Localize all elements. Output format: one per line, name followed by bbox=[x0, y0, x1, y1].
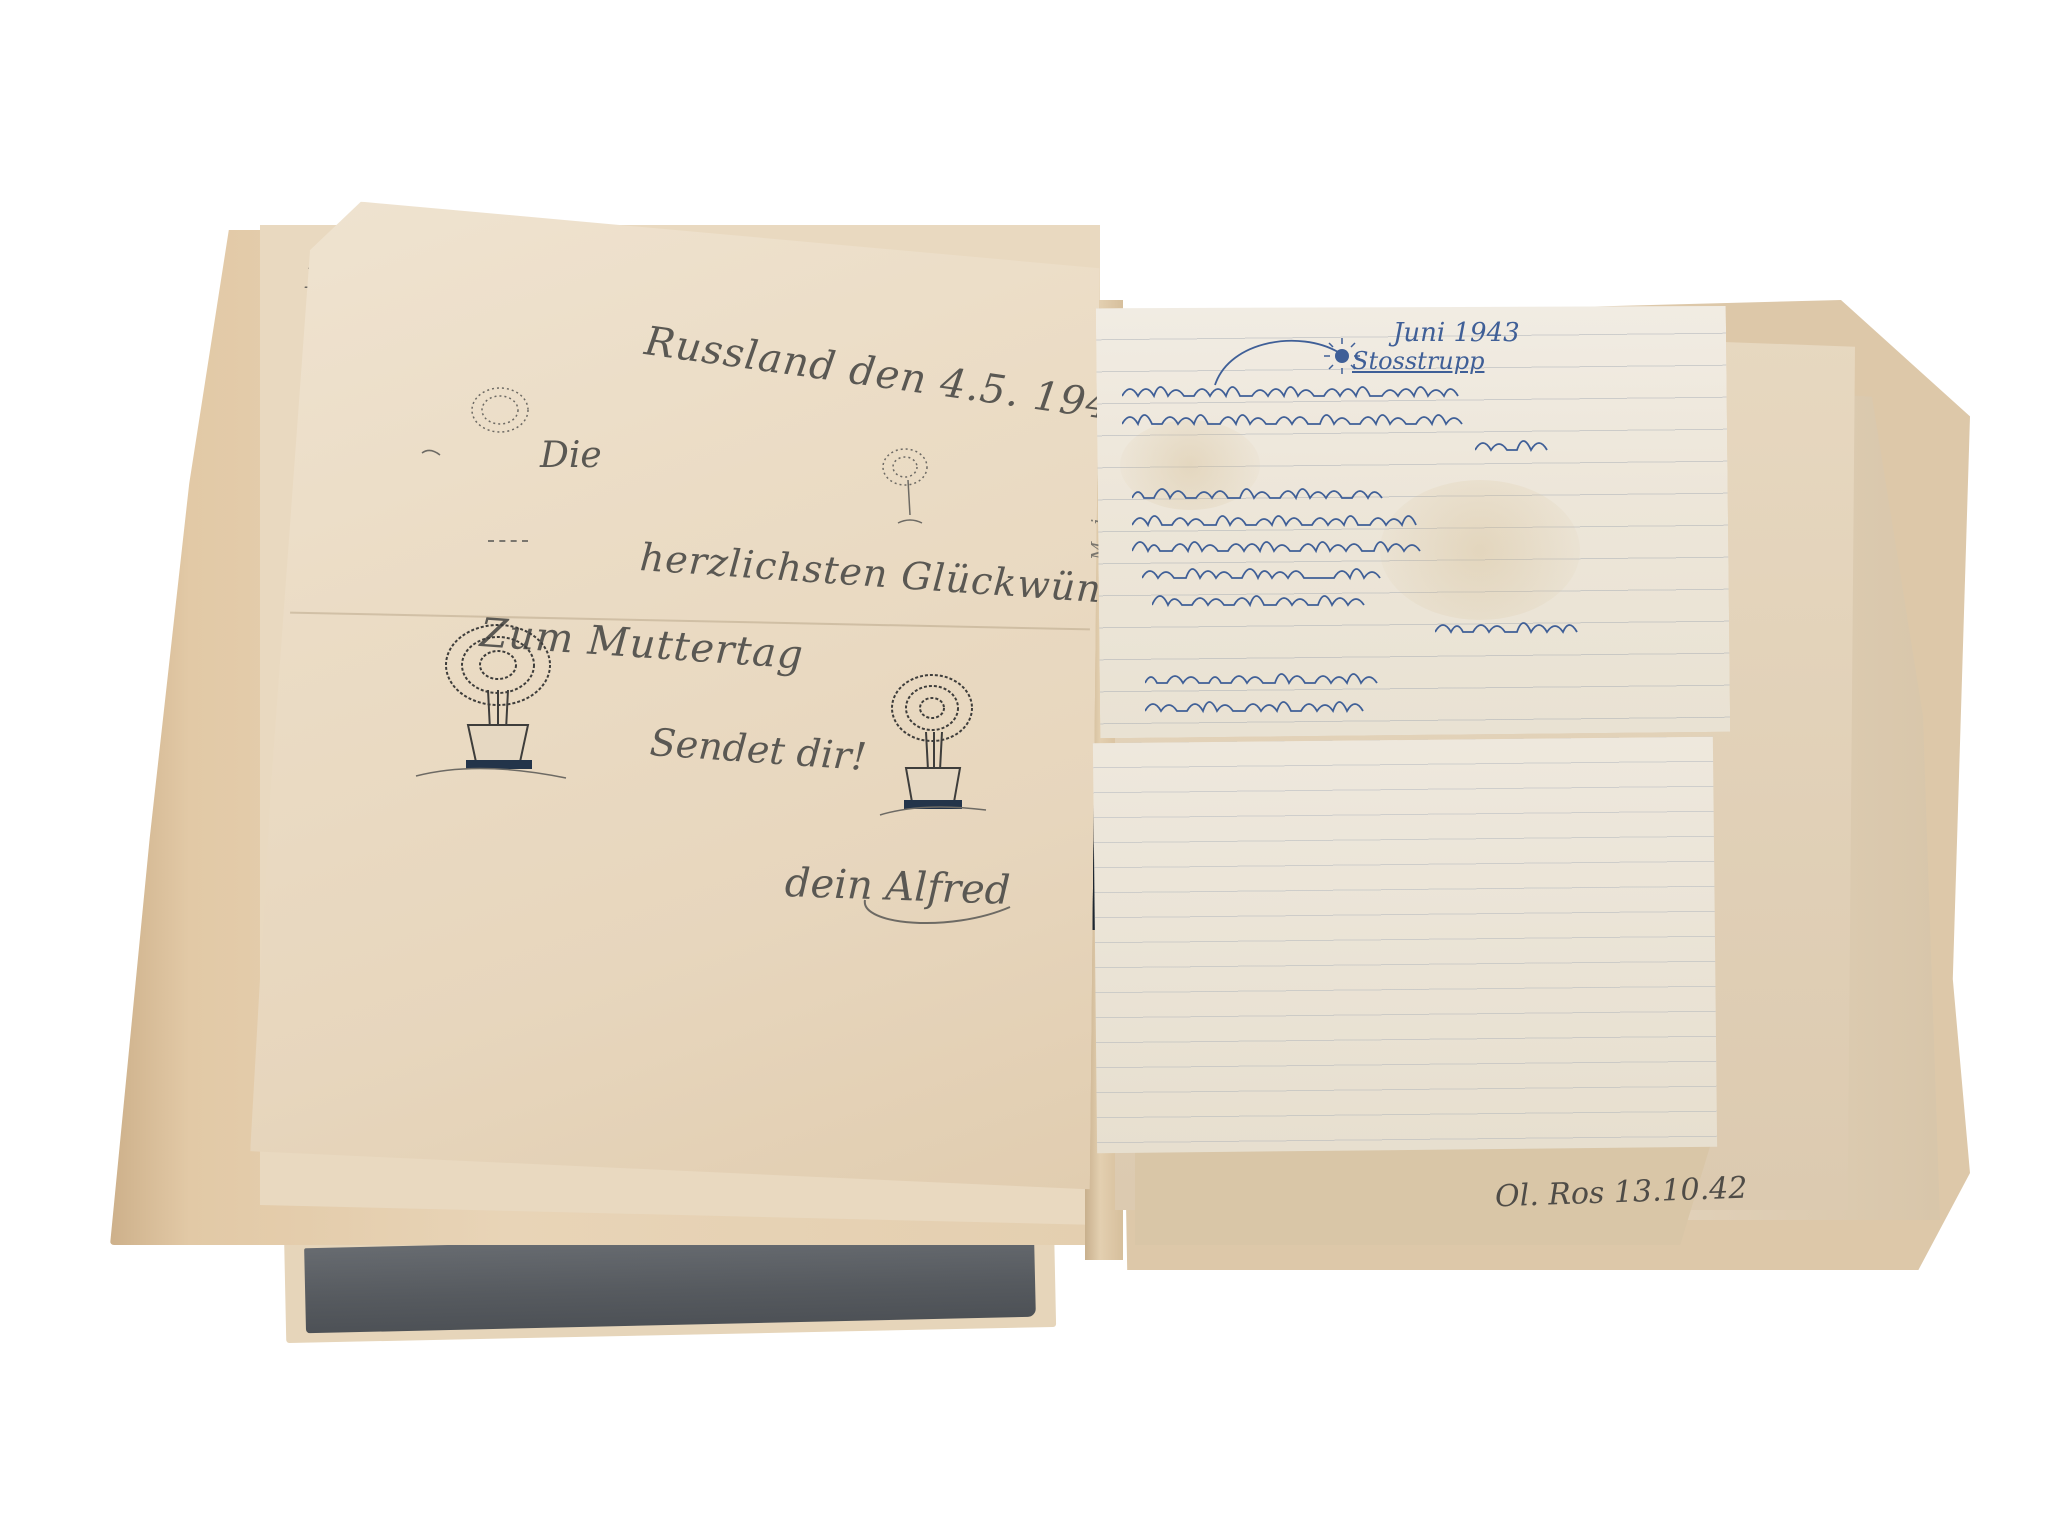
greeting-line-die: Die bbox=[540, 435, 602, 476]
kurrent-script-line bbox=[1132, 507, 1582, 533]
kurrent-script-line bbox=[1132, 480, 1492, 506]
kurrent-script-line bbox=[1435, 614, 1645, 640]
potted-plant-drawing-icon bbox=[862, 670, 1012, 834]
dark-cover-board bbox=[304, 1232, 1036, 1334]
kurrent-script-line bbox=[1122, 406, 1572, 432]
kurrent-script-line bbox=[1142, 560, 1542, 586]
kurrent-script-line bbox=[1132, 533, 1592, 559]
small-tree-doodle-icon bbox=[870, 445, 950, 549]
pencil-mark bbox=[488, 540, 528, 546]
small-tree-doodle-icon bbox=[420, 385, 540, 469]
lower-lined-sheet bbox=[1093, 737, 1717, 1153]
kurrent-script-line bbox=[1152, 587, 1482, 613]
potted-plant-drawing-icon bbox=[418, 620, 578, 794]
poem-month: Juni 1943 bbox=[1393, 318, 1520, 348]
signature-underline bbox=[860, 895, 1020, 939]
kurrent-script-line bbox=[1475, 432, 1555, 458]
poem-title: Stosstrupp bbox=[1352, 347, 1484, 375]
kurrent-script-line bbox=[1122, 378, 1552, 404]
kurrent-script-line bbox=[1145, 693, 1545, 719]
kurrent-script-line bbox=[1145, 665, 1495, 691]
